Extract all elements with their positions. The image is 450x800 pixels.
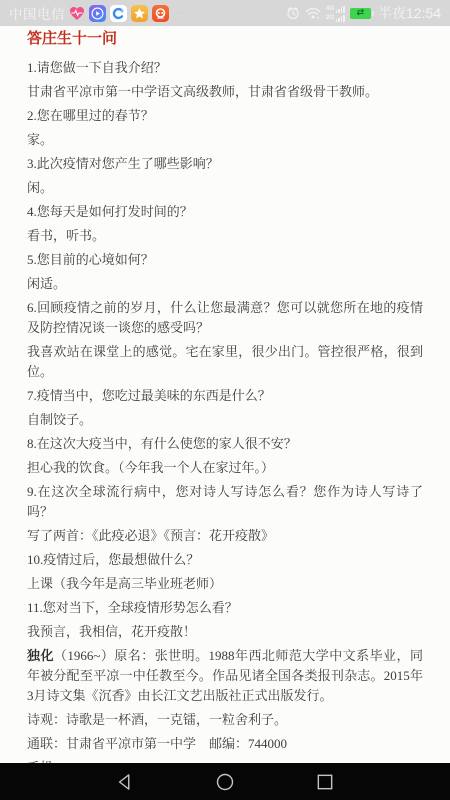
battery-charging-icon: ⇄ (350, 8, 371, 19)
paragraph-text: （1966~）原名：张世明。1988年西北师范大学中文系毕业，同年被分配至平凉一… (27, 648, 423, 703)
status-time: 半夜12:54 (378, 3, 441, 23)
paragraph-meta: 通联：甘肃省平凉市第一中学 邮编：744000 (27, 734, 423, 754)
video-play-icon (89, 5, 106, 22)
paragraph-answer: 我喜欢站在课堂上的感觉。宅在家里，很少出门。管控很严格，很到位。 (27, 342, 423, 382)
sim1-network-label: 4G (326, 5, 335, 13)
document-body: 1.请您做一下自我介绍？甘肃省平凉市第一中学语文高级教师，甘肃省省级骨干教师。2… (27, 58, 423, 763)
paragraph-question: 7.疫情当中，您吃过最美味的东西是什么？ (27, 386, 423, 406)
paragraph-question: 8.在这次大疫当中，有什么使您的家人很不安？ (27, 434, 423, 454)
paragraph-bio: 独化（1966~）原名：张世明。1988年西北师范大学中文系毕业，同年被分配至平… (27, 646, 423, 706)
charging-arrows: ⇄ (357, 8, 365, 18)
paragraph-answer: 看书，听书。 (27, 226, 423, 246)
sim2-signal-bars (336, 15, 345, 22)
orange-app-icon (152, 5, 169, 22)
paragraph-question: 3.此次疫情对您产生了哪些影响？ (27, 154, 423, 174)
more-notifications-indicator: ⋯ (176, 5, 190, 21)
paragraph-question: 2.您在哪里过的春节？ (27, 106, 423, 126)
home-button[interactable] (214, 771, 236, 793)
star-icon (131, 5, 148, 22)
paragraph-question: 1.请您做一下自我介绍？ (27, 58, 423, 78)
paragraph-answer: 甘肃省平凉市第一中学语文高级教师，甘肃省省级骨干教师。 (27, 82, 423, 102)
wifi-icon (305, 7, 321, 20)
paragraph-question: 11.您对当下，全球疫情形势怎么看？ (27, 598, 423, 618)
phone-screen: 中国电信 (0, 0, 450, 800)
document-title: 答庄生十一问 (27, 29, 423, 49)
sim2-network-label: 2G (326, 14, 335, 22)
alarm-clock-icon (286, 6, 300, 20)
paragraph-answer: 闲适。 (27, 274, 423, 294)
heart-rate-icon (69, 6, 85, 21)
paragraph-answer: 自制饺子。 (27, 410, 423, 430)
paragraph-answer: 我预言，我相信，花开疫散！ (27, 622, 423, 642)
paragraph-answer: 担心我的饮食。（今年我一个人在家过年。） (27, 458, 423, 478)
paragraph-meta: 诗观：诗歌是一杯酒，一克镭，一粒舍利子。 (27, 710, 423, 730)
paragraph-answer: 上课（我今年是高三毕业班老师） (27, 574, 423, 594)
document-scroll-area[interactable]: 答庄生十一问 1.请您做一下自我介绍？甘肃省平凉市第一中学语文高级教师，甘肃省省… (0, 26, 450, 763)
carrier-label: 中国电信 (9, 3, 65, 23)
author-name: 独化 (27, 648, 54, 663)
status-bar-right: 4G 2G ⇄ 半夜12:54 (286, 3, 441, 23)
notification-icons: ⋯ (69, 5, 190, 22)
status-bar: 中国电信 (0, 0, 450, 26)
paragraph-answer: 家。 (27, 130, 423, 150)
paragraph-question: 4.您每天是如何打发时间的？ (27, 202, 423, 222)
paragraph-question: 10.疫情过后，您最想做什么？ (27, 550, 423, 570)
sim1-signal-bars (336, 6, 345, 13)
android-nav-bar (0, 763, 450, 800)
recents-button[interactable] (314, 771, 336, 793)
browser-icon (110, 5, 127, 22)
paragraph-answer: 写了两首：《此疫必退》《预言：花开疫散》 (27, 526, 423, 546)
paragraph-question: 6.回顾疫情之前的岁月，什么让您最满意？您可以就您所在地的疫情及防控情况谈一谈您… (27, 298, 423, 338)
back-button[interactable] (114, 771, 136, 793)
paragraph-question: 9.在这次全球流行病中，您对诗人写诗怎么看？您作为诗人写诗了吗？ (27, 482, 423, 522)
signal-strength-indicator: 4G 2G (326, 5, 345, 22)
paragraph-answer: 闲。 (27, 178, 423, 198)
paragraph-question: 5.您目前的心境如何？ (27, 250, 423, 270)
